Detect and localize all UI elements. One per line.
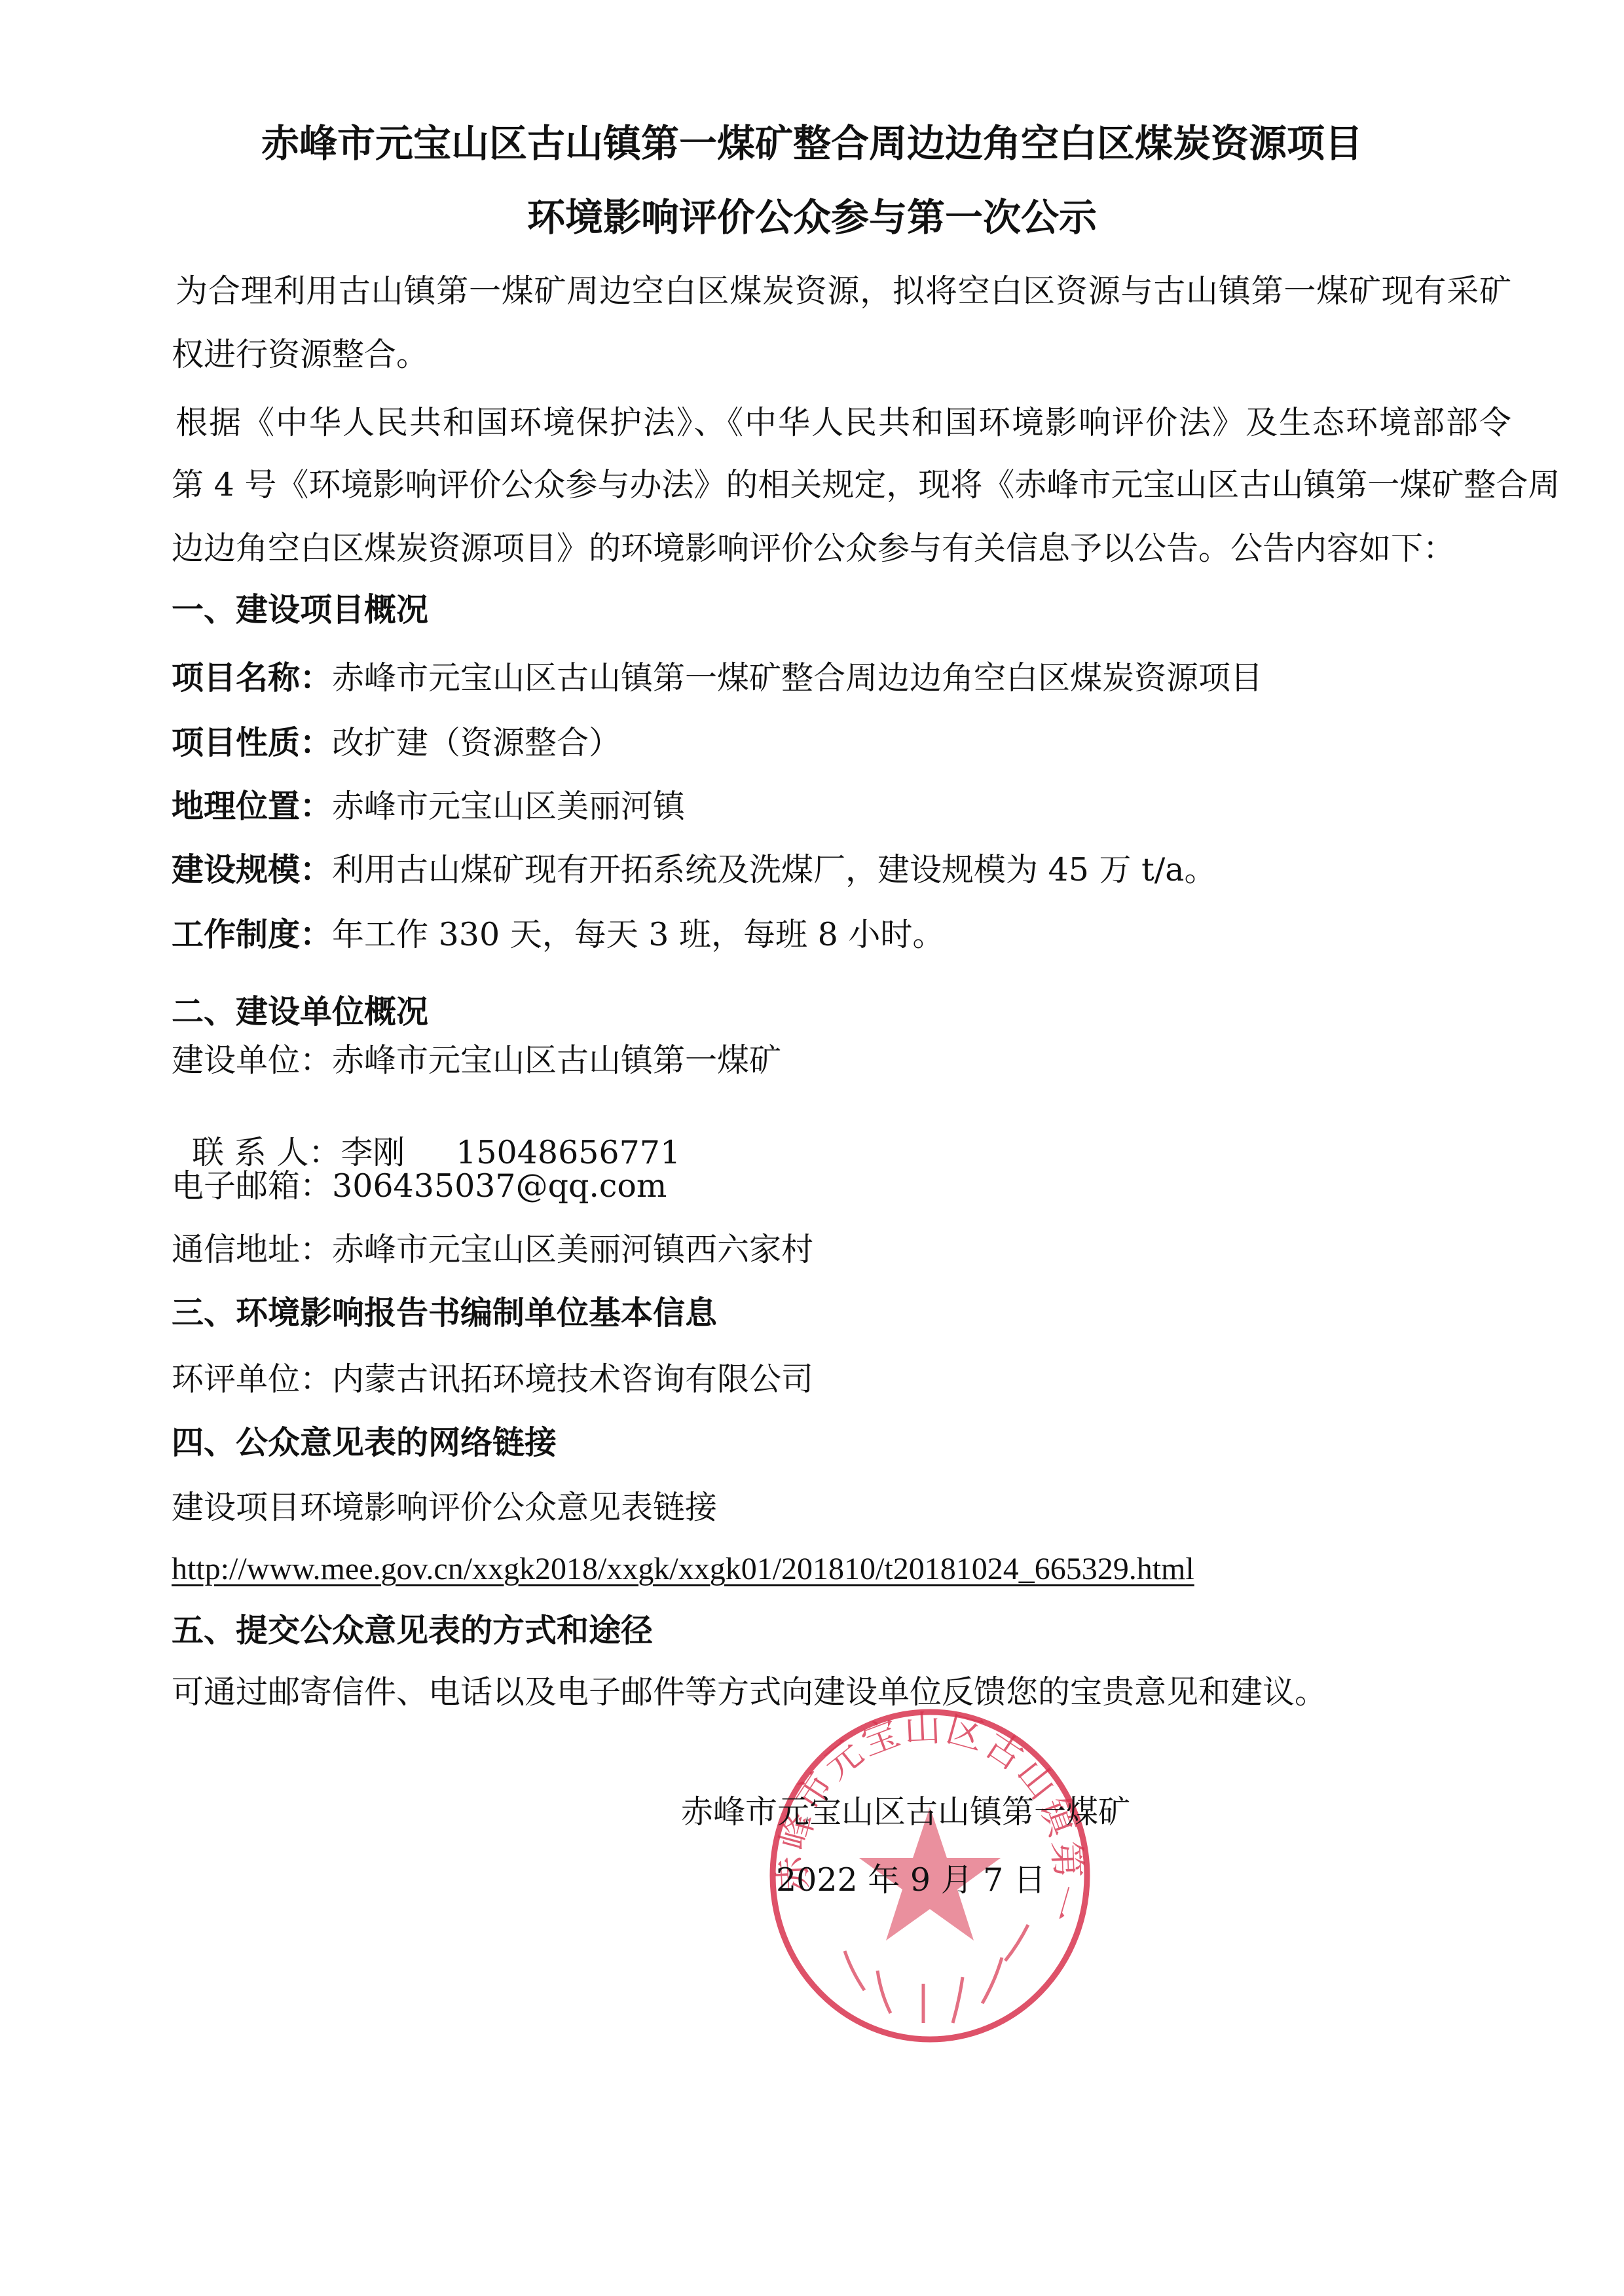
project-name-value: 赤峰市元宝山区古山镇第一煤矿整合周边边角空白区煤炭资源项目 [332,659,1263,697]
address-label: 通信地址： [172,1231,332,1268]
contact-label: 联 系 人： [192,1134,341,1171]
location-value: 赤峰市元宝山区美丽河镇 [332,788,685,825]
email-label: 电子邮箱： [172,1167,332,1205]
intro-paragraph-1-line-2: 权进行资源整合。 [172,338,428,371]
scale-row: 建设规模：利用古山煤矿现有开拓系统及洗煤厂，建设规模为 45 万 t/a。 [172,854,1217,886]
email-row: 电子邮箱：306435037@qq.com [172,1170,667,1202]
work-schedule-value: 年工作 330 天，每天 3 班，每班 8 小时。 [332,916,944,953]
contact-row: 联 系 人：李刚 15048656771 [172,1104,680,1169]
opinion-form-link[interactable]: http://www.mee.gov.cn/xxgk2018/xxgk/xxgk… [172,1554,1194,1585]
address-row: 通信地址：赤峰市元宝山区美丽河镇西六家村 [172,1233,813,1266]
scale-label: 建设规模： [172,851,332,888]
builder-value: 赤峰市元宝山区古山镇第一煤矿 [332,1042,781,1079]
project-nature-row: 项目性质：改扩建（资源整合） [172,727,621,759]
opinion-form-link-label: 建设项目环境影响评价公众意见表链接 [172,1491,717,1523]
intro-paragraph-2-line-3: 边边角空白区煤炭资源项目》的环境影响评价公众参与有关信息予以公告。公告内容如下： [172,532,1455,564]
document-title-line2: 环境影响评价公众参与第一次公示 [0,198,1624,236]
signature-organization: 赤峰市元宝山区古山镇第一煤矿 [681,1796,1130,1828]
project-nature-value: 改扩建（资源整合） [332,724,621,761]
section-2-heading: 二、建设单位概况 [172,996,428,1028]
intro-paragraph-1-line-1: 为合理利用古山镇第一煤矿周边空白区煤炭资源，拟将空白区资源与古山镇第一煤矿现有采… [175,275,1511,307]
intro-paragraph-2-line-1: 根据《中华人民共和国环境保护法》、《中华人民共和国环境影响评价法》及生态环境部部… [175,407,1511,439]
location-label: 地理位置： [172,788,332,825]
section-4-heading: 四、公众意见表的网络链接 [172,1427,557,1459]
section-1-heading: 一、建设项目概况 [172,594,428,626]
eia-unit-label: 环评单位： [172,1360,332,1398]
intro-paragraph-2-line-2: 第 4 号《环境影响评价公众参与办法》的相关规定，现将《赤峰市元宝山区古山镇第一… [172,469,1511,501]
scale-value: 利用古山煤矿现有开拓系统及洗煤厂，建设规模为 45 万 t/a。 [332,851,1217,888]
document-title-line1: 赤峰市元宝山区古山镇第一煤矿整合周边边角空白区煤炭资源项目 [0,124,1624,162]
project-name-row: 项目名称：赤峰市元宝山区古山镇第一煤矿整合周边边角空白区煤炭资源项目 [172,662,1263,694]
builder-row: 建设单位：赤峰市元宝山区古山镇第一煤矿 [172,1044,781,1076]
contact-value: 李刚 15048656771 [341,1134,680,1171]
eia-unit-value: 内蒙古讯拓环境技术咨询有限公司 [332,1360,813,1398]
section-5-heading: 五、提交公众意见表的方式和途径 [172,1614,653,1647]
signature-date: 2022 年 9 月 7 日 [776,1864,1046,1896]
project-nature-label: 项目性质： [172,724,332,761]
intro-p1-l1-text: 为合理利用古山镇第一煤矿周边空白区煤炭资源，拟将空白区资源与古山镇第一煤矿现有采… [175,272,1511,310]
address-value: 赤峰市元宝山区美丽河镇西六家村 [332,1231,813,1268]
email-value[interactable]: 306435037@qq.com [332,1167,667,1205]
work-schedule-row: 工作制度：年工作 330 天，每天 3 班，每班 8 小时。 [172,919,944,951]
eia-unit-row: 环评单位：内蒙古讯拓环境技术咨询有限公司 [172,1363,813,1395]
project-name-label: 项目名称： [172,659,332,697]
work-schedule-label: 工作制度： [172,916,332,953]
submission-methods-text: 可通过邮寄信件、电话以及电子邮件等方式向建设单位反馈您的宝贵意见和建议。 [172,1676,1327,1708]
section-3-heading: 三、环境影响报告书编制单位基本信息 [172,1297,717,1329]
location-row: 地理位置：赤峰市元宝山区美丽河镇 [172,790,685,822]
builder-label: 建设单位： [172,1042,332,1079]
